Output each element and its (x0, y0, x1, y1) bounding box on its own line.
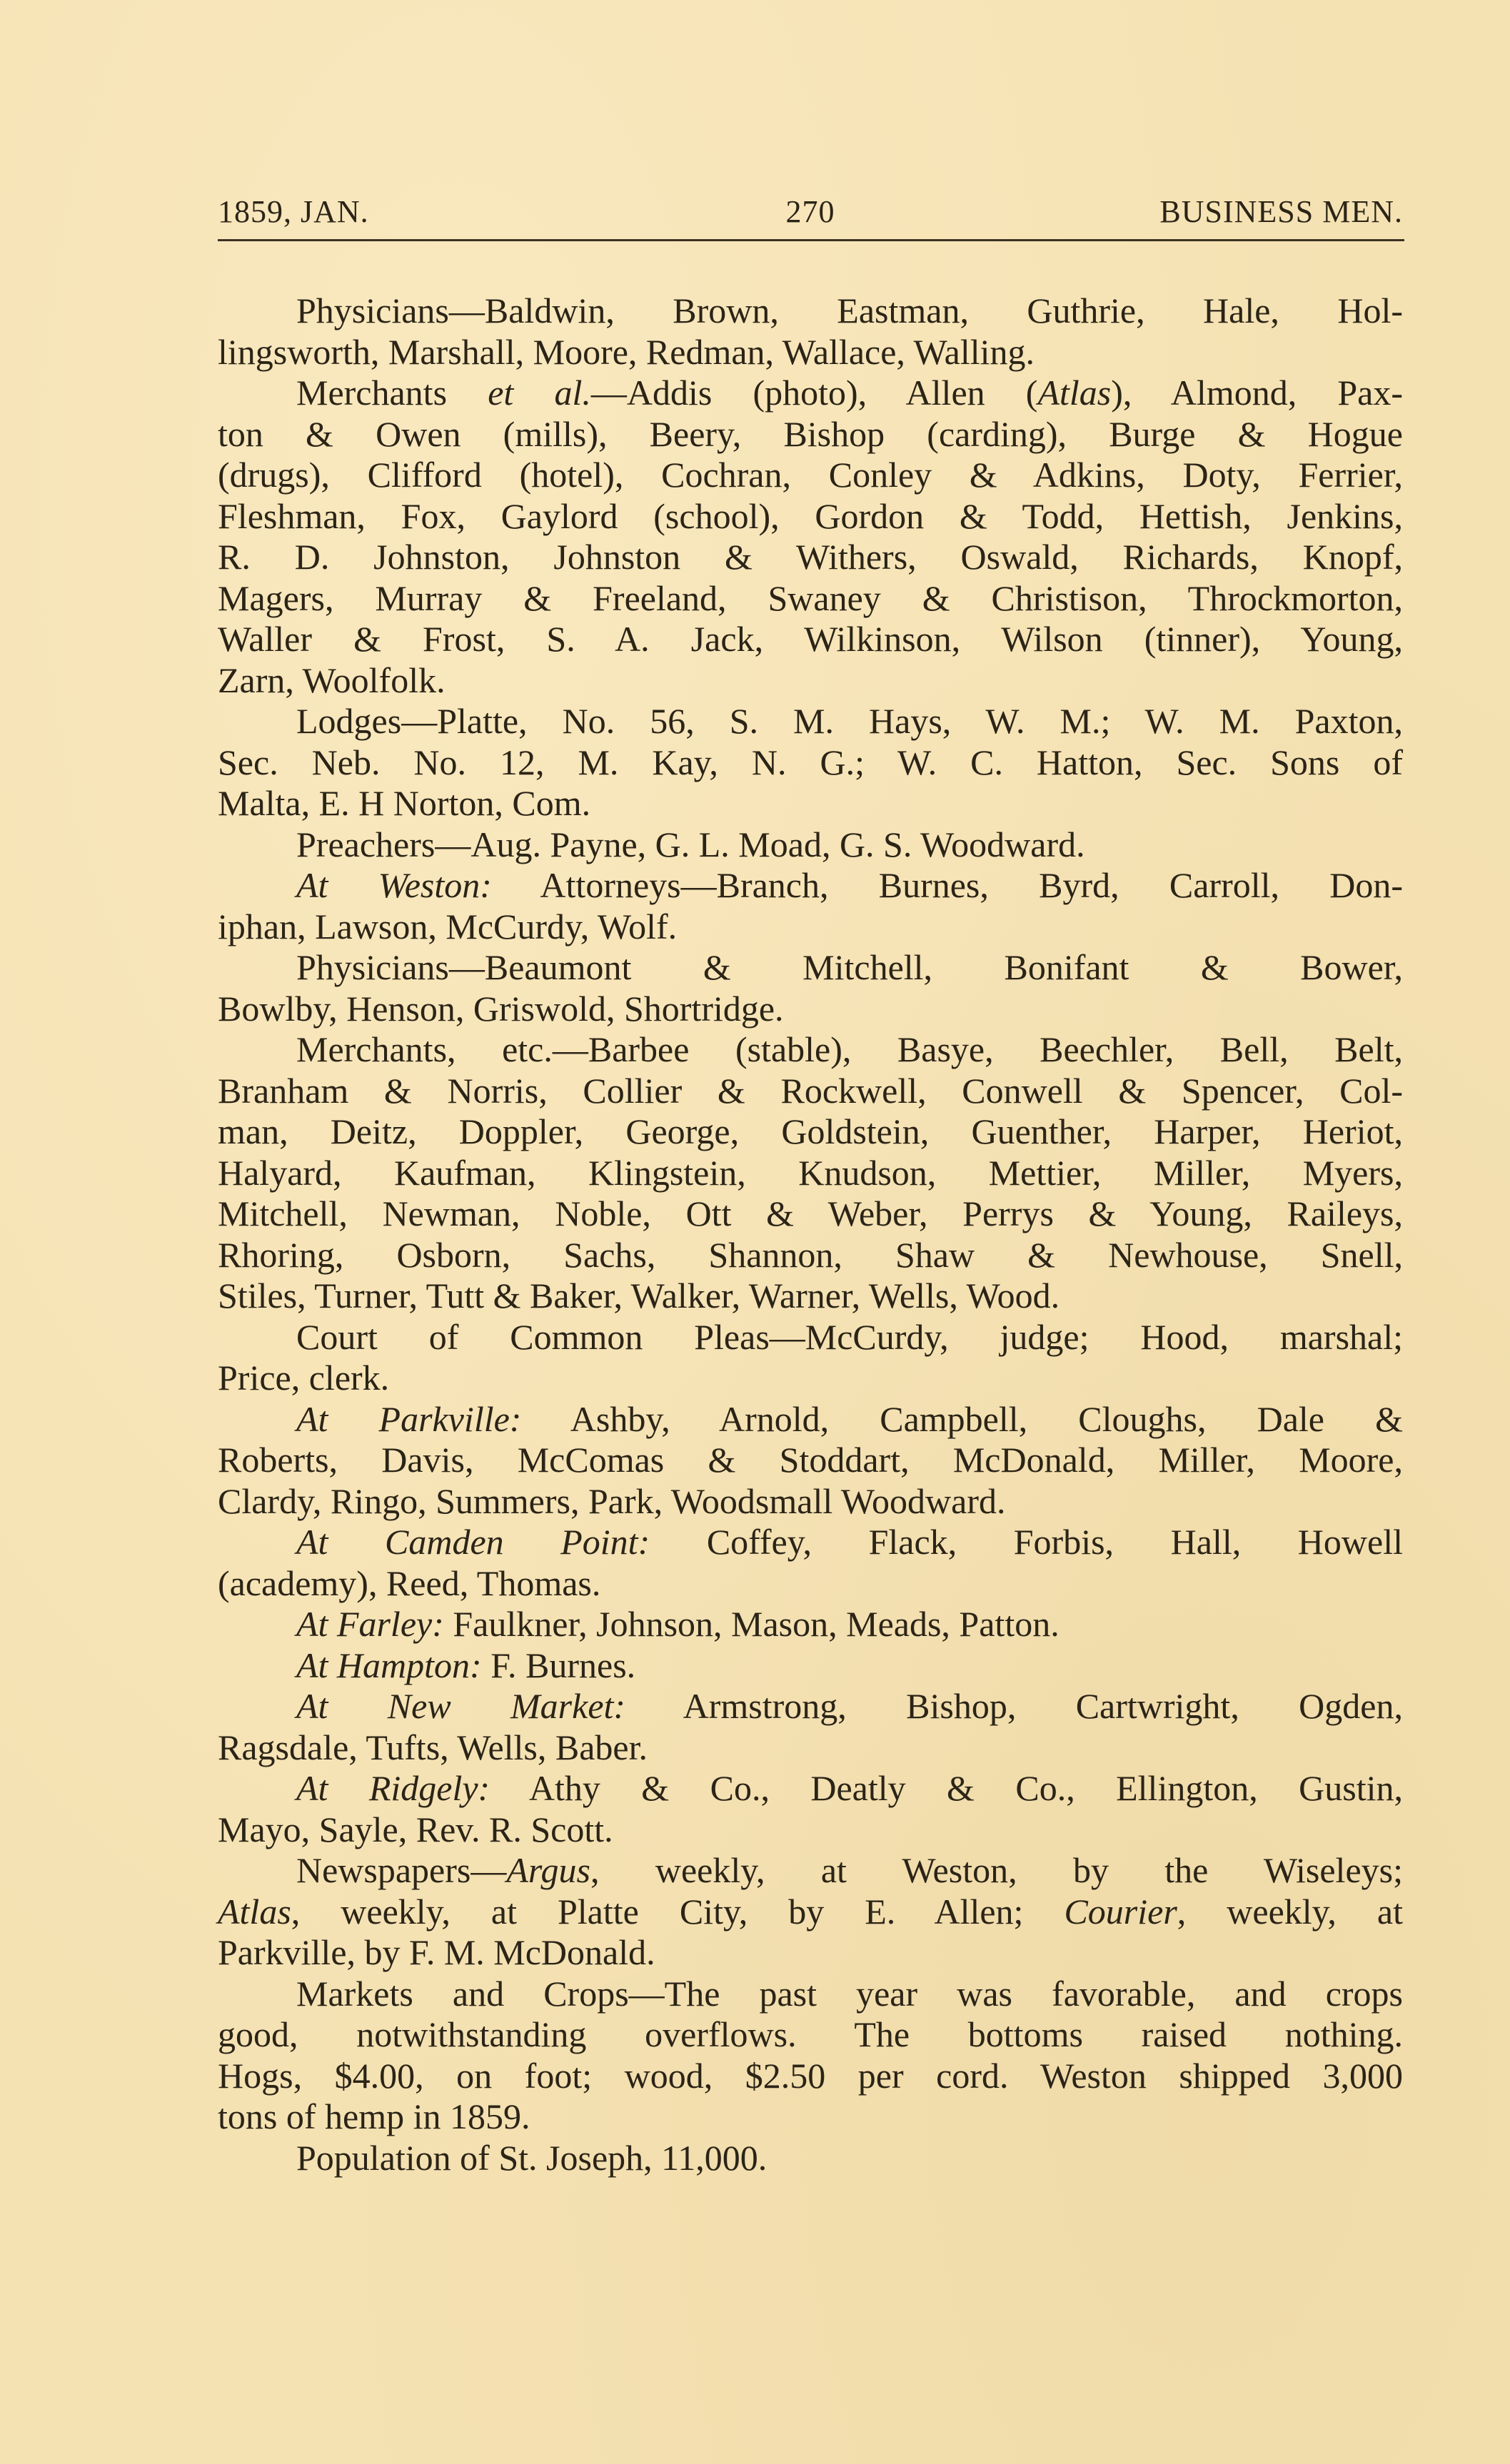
text-line: lingsworth, Marshall, Moore, Redman, Wal… (218, 332, 1403, 373)
paragraph: Merchants, etc.—Barbee (stable), Basye, … (218, 1029, 1403, 1317)
text-line: tons of hemp in 1859. (218, 2096, 1403, 2138)
italic-text: At Weston: (296, 865, 492, 905)
text-line: Lodges—Platte, No. 56, S. M. Hays, W. M.… (218, 701, 1403, 742)
text-line: Ragsdale, Tufts, Wells, Baber. (218, 1727, 1403, 1769)
text-line: Newspapers—Argus, weekly, at Weston, by … (218, 1850, 1403, 1892)
paragraph: At Weston: Attorneys—Branch, Burnes, Byr… (218, 865, 1403, 947)
text-line: Roberts, Davis, McComas & Stoddart, McDo… (218, 1440, 1403, 1481)
paragraph: Merchants et al.—Addis (photo), Allen (A… (218, 373, 1403, 701)
italic-text: At Camden Point: (296, 1522, 650, 1562)
text-line: Merchants et al.—Addis (photo), Allen (A… (218, 373, 1403, 414)
text-line: ton & Owen (mills), Beery, Bishop (cardi… (218, 414, 1403, 455)
text-line: Stiles, Turner, Tutt & Baker, Walker, Wa… (218, 1276, 1403, 1317)
book-page: 1859, JAN. 270 BUSINESS MEN. Physicians—… (0, 0, 1510, 2464)
text-line: Fleshman, Fox, Gaylord (school), Gordon … (218, 496, 1403, 537)
italic-text: At Parkville: (296, 1399, 521, 1439)
text-line: Merchants, etc.—Barbee (stable), Basye, … (218, 1029, 1403, 1071)
text-line: Parkville, by F. M. McDonald. (218, 1932, 1403, 1974)
paragraph: Markets and Crops—The past year was favo… (218, 1974, 1403, 2138)
paragraph: Newspapers—Argus, weekly, at Weston, by … (218, 1850, 1403, 1974)
body-text: Physicians—Baldwin, Brown, Eastman, Guth… (218, 291, 1403, 2178)
text-line: Hogs, $4.00, on foot; wood, $2.50 per co… (218, 2056, 1403, 2097)
italic-text: Courier (1064, 1892, 1177, 1932)
text-line: Physicians—Baldwin, Brown, Eastman, Guth… (218, 291, 1403, 332)
header-rule (218, 239, 1404, 241)
text-line: (drugs), Clifford (hotel), Cochran, Conl… (218, 455, 1403, 496)
text-line: Preachers—Aug. Payne, G. L. Moad, G. S. … (218, 824, 1403, 866)
italic-text: At New Market: (296, 1686, 625, 1726)
text-line: Mitchell, Newman, Noble, Ott & Weber, Pe… (218, 1193, 1403, 1235)
paragraph: Court of Common Pleas—McCurdy, judge; Ho… (218, 1317, 1403, 1399)
text-line: Malta, E. H Norton, Com. (218, 783, 1403, 824)
italic-text: Atlas (1037, 373, 1111, 413)
text-line: At Farley: Faulkner, Johnson, Mason, Mea… (218, 1604, 1403, 1645)
italic-text: At Farley: (296, 1604, 444, 1644)
text-line: Physicians—Beaumont & Mitchell, Bonifant… (218, 947, 1403, 989)
paragraph: Population of St. Joseph, 11,000. (218, 2138, 1403, 2179)
text-line: At Weston: Attorneys—Branch, Burnes, Byr… (218, 865, 1403, 907)
text-line: Price, clerk. (218, 1358, 1403, 1399)
paragraph: At Farley: Faulkner, Johnson, Mason, Mea… (218, 1604, 1403, 1645)
text-line: iphan, Lawson, McCurdy, Wolf. (218, 907, 1403, 948)
italic-text: et al. (488, 373, 591, 413)
text-line: Bowlby, Henson, Griswold, Shortridge. (218, 989, 1403, 1030)
paragraph: Lodges—Platte, No. 56, S. M. Hays, W. M.… (218, 701, 1403, 824)
text-line: Magers, Murray & Freeland, Swaney & Chri… (218, 578, 1403, 620)
header-section-title: BUSINESS MEN. (1159, 193, 1403, 231)
text-line: Clardy, Ringo, Summers, Park, Woodsmall … (218, 1481, 1403, 1523)
text-line: Atlas, weekly, at Platte City, by E. All… (218, 1892, 1403, 1933)
text-line: Rhoring, Osborn, Sachs, Shannon, Shaw & … (218, 1235, 1403, 1276)
text-line: Sec. Neb. No. 12, M. Kay, N. G.; W. C. H… (218, 742, 1403, 784)
text-line: Markets and Crops—The past year was favo… (218, 1974, 1403, 2015)
text-line: Halyard, Kaufman, Klingstein, Knudson, M… (218, 1153, 1403, 1194)
text-line: Branham & Norris, Collier & Rockwell, Co… (218, 1071, 1403, 1112)
paragraph: At Hampton: F. Burnes. (218, 1645, 1403, 1687)
text-line: At Parkville: Ashby, Arnold, Campbell, C… (218, 1399, 1403, 1440)
italic-text: At Hampton: (296, 1645, 482, 1685)
text-line: Mayo, Sayle, Rev. R. Scott. (218, 1809, 1403, 1851)
paragraph: At Parkville: Ashby, Arnold, Campbell, C… (218, 1399, 1403, 1523)
italic-text: Atlas (218, 1892, 291, 1932)
text-line: man, Deitz, Doppler, George, Goldstein, … (218, 1111, 1403, 1153)
paragraph: Preachers—Aug. Payne, G. L. Moad, G. S. … (218, 824, 1403, 866)
text-line: Court of Common Pleas—McCurdy, judge; Ho… (218, 1317, 1403, 1358)
paragraph: At Camden Point: Coffey, Flack, Forbis, … (218, 1522, 1403, 1604)
paragraph: At Ridgely: Athy & Co., Deatly & Co., El… (218, 1768, 1403, 1850)
text-line: At Camden Point: Coffey, Flack, Forbis, … (218, 1522, 1403, 1563)
running-header: 1859, JAN. 270 BUSINESS MEN. (218, 193, 1403, 231)
text-line: At Hampton: F. Burnes. (218, 1645, 1403, 1687)
text-line: Zarn, Woolfolk. (218, 660, 1403, 702)
text-line: At Ridgely: Athy & Co., Deatly & Co., El… (218, 1768, 1403, 1809)
text-line: At New Market: Armstrong, Bishop, Cartwr… (218, 1686, 1403, 1727)
text-line: good, notwithstanding overflows. The bot… (218, 2014, 1403, 2056)
paragraph: At New Market: Armstrong, Bishop, Cartwr… (218, 1686, 1403, 1768)
paragraph: Physicians—Beaumont & Mitchell, Bonifant… (218, 947, 1403, 1029)
text-line: R. D. Johnston, Johnston & Withers, Oswa… (218, 537, 1403, 578)
italic-text: Argus (506, 1850, 590, 1890)
text-line: Waller & Frost, S. A. Jack, Wilkinson, W… (218, 619, 1403, 660)
text-line: Population of St. Joseph, 11,000. (218, 2138, 1403, 2179)
paragraph: Physicians—Baldwin, Brown, Eastman, Guth… (218, 291, 1403, 373)
text-line: (academy), Reed, Thomas. (218, 1563, 1403, 1605)
italic-text: At Ridgely: (296, 1768, 490, 1808)
